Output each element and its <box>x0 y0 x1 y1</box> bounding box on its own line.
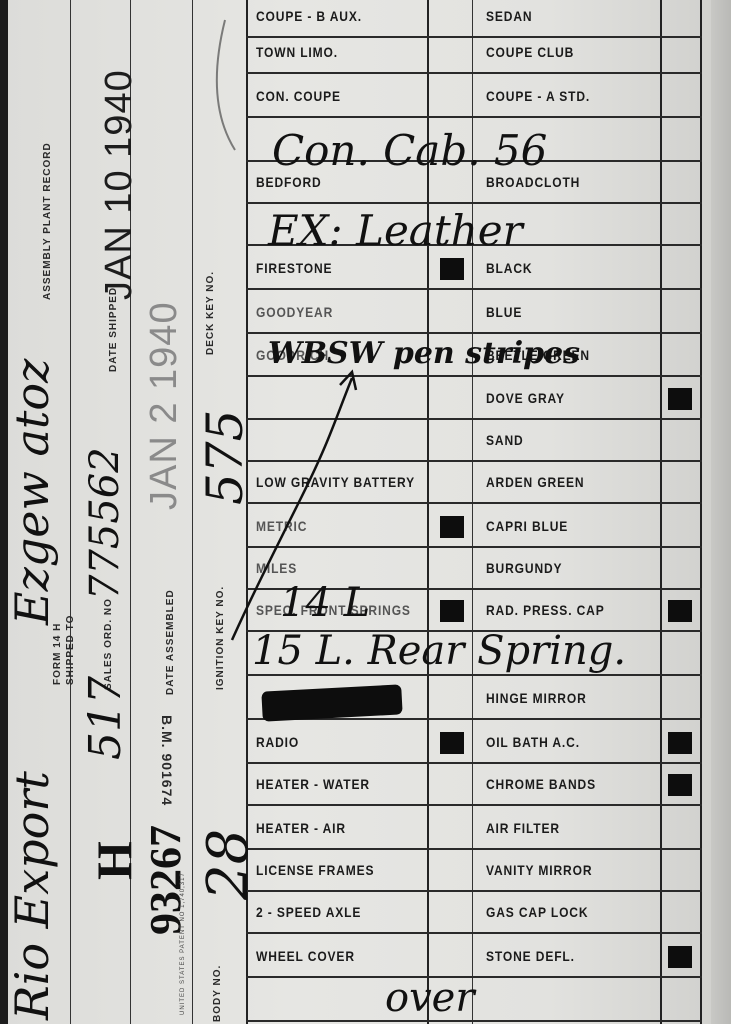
handwritten-arrow <box>0 0 731 1024</box>
assembly-plant-record-card: COUPE - B AUX.TOWN LIMO.CON. COUPEBEDFOR… <box>0 0 731 1024</box>
